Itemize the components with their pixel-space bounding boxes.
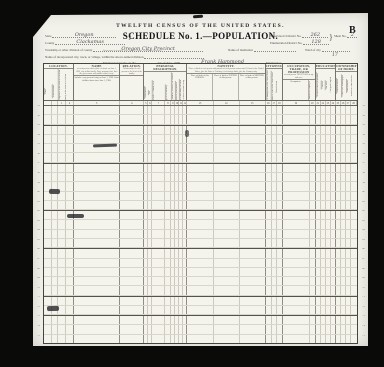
- table-cell: [58, 173, 66, 181]
- table-cell: [58, 335, 66, 343]
- table-body: Walker, Edna M.DaughterWFOct 188613SOreg…: [44, 106, 357, 343]
- table-cell: Hansen, Karen: [74, 135, 120, 143]
- table-cell: Norway: [240, 249, 266, 257]
- line-number: 52: [35, 115, 42, 125]
- column-subheaders: Color or raceSexDate of birth — Month, Y…: [144, 71, 186, 100]
- line-number: 64: [35, 229, 42, 239]
- table-cell: Oregon: [187, 115, 213, 123]
- column-subheaders: StreetHouse numberNumber of dwelling hou…: [44, 68, 73, 100]
- column-number: 1: [58, 101, 66, 105]
- line-number: 72: [35, 306, 42, 316]
- table-cell: Ohio: [214, 239, 240, 247]
- line-number: 53: [35, 124, 42, 134]
- table-cell: Sept 1872: [152, 325, 165, 333]
- census-title: TWELFTH CENSUS OF THE UNITED STATES.: [33, 23, 368, 29]
- table-cell: At school: [283, 201, 310, 209]
- table-cell: [44, 259, 52, 267]
- county-label: County: [45, 41, 54, 45]
- state-value: Oregon: [75, 32, 94, 38]
- table-cell: Aug 1870: [152, 297, 165, 305]
- enumeration-district-label: Enumeration District No.: [270, 41, 302, 45]
- sheet-line: Sheet No. 2: [334, 32, 357, 38]
- table-cell: [351, 325, 357, 333]
- table-cell: July 1875: [152, 306, 165, 314]
- table-cell: Miller, John W.: [74, 230, 120, 238]
- table-cell: [66, 268, 74, 276]
- table-cell: 209: [58, 164, 66, 172]
- table-cell: Denmark: [214, 144, 240, 152]
- township-label: Township or other division of county: [45, 48, 92, 52]
- column-number: 7: [152, 101, 165, 105]
- table-cell: [283, 306, 310, 314]
- township-note: [Insert name of township, town, precinct…: [103, 50, 162, 52]
- column-group: RELATION.Relationship of each person to …: [120, 64, 144, 100]
- table-row: Hansen, KarenWifeWFMay 186139M1765Denmar…: [44, 135, 357, 144]
- column-header: Place of birth of MOTHER of this person.: [239, 74, 265, 100]
- table-cell: Schmidt, Emma: [74, 192, 120, 200]
- table-cell: [66, 144, 74, 152]
- table-cell: Miller, Cora B.: [74, 239, 120, 247]
- table-cell: Norway: [214, 268, 240, 276]
- table-cell: [58, 306, 66, 314]
- table-cell: Germany: [214, 182, 240, 190]
- table-cell: Miller, Sarah J.: [74, 220, 120, 228]
- ink-smudge: [185, 130, 189, 137]
- column-number: 19: [283, 101, 310, 105]
- table-cell: Farm laborer: [283, 325, 310, 333]
- table-cell: At school: [283, 153, 310, 161]
- table-cell: Schmidt, Henry: [74, 164, 120, 172]
- table-cell: Walker, Edna M.: [74, 106, 120, 114]
- table-cell: [66, 106, 74, 114]
- table-cell: Oregon: [187, 106, 213, 114]
- table-cell: [283, 286, 310, 294]
- table-cell: May 1868: [152, 335, 165, 343]
- table-row: Walker, Roy E.SonWMJune 188910SOregonOhi…: [44, 115, 357, 124]
- supervisor-field: 262: [302, 32, 328, 38]
- table-cell: Wife: [120, 259, 144, 267]
- line-number: 75: [35, 335, 42, 345]
- table-cell: June 1866: [152, 259, 165, 267]
- line-number: 70: [360, 287, 367, 297]
- table-cell: Daughter: [120, 106, 144, 114]
- table-cell: Son: [120, 144, 144, 152]
- enumeration-district-value: 128: [311, 39, 321, 45]
- table-row: Schmidt, OttoSonWMJuly 188118SWisconsinG…: [44, 182, 357, 191]
- table-cell: Oct 1862: [152, 249, 165, 257]
- table-cell: [351, 153, 357, 161]
- scan-background: { "scan": { "background": "#0a0a09", "pa…: [0, 0, 384, 367]
- table-cell: Illinois: [187, 297, 213, 305]
- table-cell: Olsen, Hans: [74, 286, 120, 294]
- table-cell: Germany: [214, 173, 240, 181]
- column-group: EDUCATION.Attended school (in months)Can…: [316, 64, 336, 100]
- line-number: 52: [360, 115, 367, 125]
- table-row: Olsen, IngridWifeWFJune 186633M1244Norwa…: [44, 259, 357, 268]
- table-cell: [44, 239, 52, 247]
- column-header: Street: [44, 88, 52, 95]
- table-row: Schmidt, CarlSonWMAug 188811SOregonGerma…: [44, 201, 357, 210]
- table-cell: [351, 115, 357, 123]
- table-cell: Head: [120, 297, 144, 305]
- table-cell: [44, 316, 52, 324]
- table-row: Schmidt, EmmaDaughterWFNov 188415SWiscon…: [44, 192, 357, 201]
- table-cell: Germany: [187, 164, 213, 172]
- table-cell: [44, 153, 52, 161]
- line-number: 65: [35, 239, 42, 249]
- table-cell: Ohio: [187, 211, 213, 219]
- table-cell: [351, 306, 357, 314]
- table-cell: [44, 277, 52, 285]
- table-cell: [66, 277, 74, 285]
- table-cell: Daughter: [120, 153, 144, 161]
- table-cell: [66, 239, 74, 247]
- printers-ornament: [193, 15, 203, 19]
- column-group: PERSONAL DESCRIPTION.Color or raceSexDat…: [144, 64, 187, 100]
- table-cell: Ohio: [214, 115, 240, 123]
- left-brace: }: [128, 32, 132, 41]
- table-cell: Dec 1849: [152, 164, 165, 172]
- table-cell: Norway: [214, 259, 240, 267]
- table-cell: Norway: [240, 277, 266, 285]
- table-cell: Oregon: [187, 239, 213, 247]
- table-cell: Oregon: [187, 230, 213, 238]
- table-cell: Olsen, Olaf: [74, 268, 120, 276]
- line-number: 73: [35, 315, 42, 325]
- table-cell: Missouri: [240, 230, 266, 238]
- table-cell: Farm laborer: [283, 335, 310, 343]
- table-cell: [66, 192, 74, 200]
- table-row: Olsen, HansSonWMMar 18946SOregonNorwayNo…: [44, 286, 357, 295]
- table-cell: [58, 259, 66, 267]
- table-cell: [283, 173, 310, 181]
- table-cell: Iowa: [240, 115, 266, 123]
- table-cell: Jan 1887: [152, 153, 165, 161]
- institution-field: [254, 46, 296, 52]
- table-row: 213216Davis, William H.HeadWMNov 183663W…: [44, 315, 357, 325]
- table-cell: [66, 286, 74, 294]
- line-number: 59: [360, 182, 367, 192]
- supervisor-value: 262: [311, 32, 321, 38]
- table-cell: [58, 201, 66, 209]
- table-cell: [44, 286, 52, 294]
- table-cell: Wife: [120, 220, 144, 228]
- line-number: 58: [360, 172, 367, 182]
- table-cell: Son: [120, 230, 144, 238]
- table-cell: 210: [58, 211, 66, 219]
- table-cell: 216: [66, 316, 74, 324]
- table-cell: [66, 115, 74, 123]
- table-cell: [58, 230, 66, 238]
- line-number: 74: [35, 325, 42, 335]
- table-cell: Pennsylvania: [214, 211, 240, 219]
- table-cell: June 1889: [152, 115, 165, 123]
- column-header: Occupation: [283, 80, 309, 100]
- line-number: 54: [35, 134, 42, 144]
- table-cell: [44, 106, 52, 114]
- table-cell: 127: [351, 126, 357, 134]
- table-cell: Wisconsin: [187, 182, 213, 190]
- table-cell: Farmer: [283, 316, 310, 324]
- line-number: 51: [35, 105, 42, 115]
- table-cell: Wife: [120, 135, 144, 143]
- table-cell: [283, 135, 310, 143]
- line-number: 54: [360, 134, 367, 144]
- table-cell: [58, 277, 66, 285]
- table-cell: Ohio: [214, 230, 240, 238]
- table-cell: [44, 211, 52, 219]
- column-group-title: OCCUPATION, TRADE, OR PROFESSION: [283, 64, 315, 74]
- table-cell: [44, 297, 52, 305]
- table-cell: 208: [58, 126, 66, 134]
- table-cell: Germany: [240, 192, 266, 200]
- line-number: 72: [360, 306, 367, 316]
- line-number: 65: [360, 239, 367, 249]
- column-number: 3: [74, 101, 120, 105]
- table-cell: Boarder: [120, 335, 144, 343]
- table-cell: Denmark: [214, 153, 240, 161]
- table-cell: Farmer: [283, 126, 310, 134]
- line-number: 71: [35, 296, 42, 306]
- table-cell: [351, 192, 357, 200]
- table-cell: Daughter: [120, 239, 144, 247]
- table-cell: [351, 259, 357, 267]
- table-cell: [351, 249, 357, 257]
- column-header: Date of birth — Month, Year: [152, 80, 165, 100]
- table-row: Brown, NellieWifeWFJuly 187524M522Oregon…: [44, 306, 357, 315]
- table-cell: [351, 144, 357, 152]
- line-number: 60: [360, 191, 367, 201]
- table-cell: [351, 297, 357, 305]
- table-cell: Denmark: [240, 153, 266, 161]
- table-cell: Virginia: [214, 316, 240, 324]
- column-number: 14: [214, 101, 240, 105]
- table-cell: [44, 335, 52, 343]
- table-cell: [351, 286, 357, 294]
- table-cell: Germany: [240, 182, 266, 190]
- table-cell: [351, 277, 357, 285]
- table-row: Miller, Cora B.DaughterWFFeb 188218SOreg…: [44, 239, 357, 248]
- column-header: Number of these children living: [183, 79, 187, 100]
- table-cell: [66, 135, 74, 143]
- table-cell: At school: [283, 115, 310, 123]
- table-cell: [44, 220, 52, 228]
- line-number: 75: [360, 335, 367, 345]
- column-header: Naturalization: [276, 80, 282, 94]
- sheet-field: 2: [347, 32, 357, 38]
- column-header: [120, 76, 143, 100]
- table-cell: 129: [351, 211, 357, 219]
- table-cell: [58, 325, 66, 333]
- table-cell: Head: [120, 249, 144, 257]
- table-cell: [58, 239, 66, 247]
- table-cell: Denmark: [214, 135, 240, 143]
- line-number: 55: [360, 143, 367, 153]
- line-number: 61: [360, 201, 367, 211]
- table-cell: 213: [58, 316, 66, 324]
- table-cell: Denmark: [240, 126, 266, 134]
- table-cell: Germany: [214, 201, 240, 209]
- table-cell: Oregon: [187, 277, 213, 285]
- table-cell: 212: [66, 164, 74, 172]
- table-cell: Daughter: [120, 277, 144, 285]
- table-row: 210213Miller, James A.HeadWMJan 184555M3…: [44, 210, 357, 220]
- table-row: Olsen, MarieDaughterWFDec 18918SOregonNo…: [44, 277, 357, 286]
- column-number: 2: [66, 101, 74, 105]
- table-cell: [351, 201, 357, 209]
- line-number: 69: [35, 277, 42, 287]
- table-cell: [44, 173, 52, 181]
- line-number: 70: [35, 287, 42, 297]
- table-row: Hansen, Anna M.DaughterWFJan 188713SOreg…: [44, 153, 357, 162]
- enumeration-district-line: Enumeration District No. 128: [270, 39, 329, 45]
- table-cell: Virginia: [240, 316, 266, 324]
- table-row: 208211Hansen, PeterHeadWMFeb 185842M17De…: [44, 125, 357, 135]
- line-number: 55: [35, 143, 42, 153]
- table-cell: Denmark: [187, 126, 213, 134]
- column-header: Can speak English: [330, 76, 335, 93]
- state-field: Oregon: [52, 32, 116, 38]
- ink-smudge: [49, 189, 60, 194]
- table-cell: [58, 144, 66, 152]
- table-cell: Head: [120, 316, 144, 324]
- table-cell: At school: [283, 268, 310, 276]
- table-cell: [283, 259, 310, 267]
- line-number: 67: [35, 258, 42, 268]
- table-cell: Farm laborer: [283, 144, 310, 152]
- table-cell: [351, 335, 357, 343]
- column-number: 4: [120, 101, 144, 105]
- table-cell: Son: [120, 286, 144, 294]
- table-cell: Ohio: [240, 211, 266, 219]
- line-number: 60: [35, 191, 42, 201]
- table-cell: Olsen, Ingrid: [74, 259, 120, 267]
- table-cell: Kentucky: [214, 325, 240, 333]
- line-number: 68: [360, 268, 367, 278]
- column-group: NAMEof each person whose place of abode …: [74, 64, 120, 100]
- column-group: LOCATION.StreetHouse numberNumber of dwe…: [44, 64, 74, 100]
- table-cell: Olsen, Marie: [74, 277, 120, 285]
- table-cell: [66, 182, 74, 190]
- table-cell: 214: [66, 249, 74, 257]
- table-cell: Dec 1891: [152, 277, 165, 285]
- institution-line: Name of institution: [228, 46, 296, 52]
- column-group: OWNERSHIP OF HOME.Owned or rentedOwned f…: [336, 64, 357, 100]
- table-cell: Minnesota: [187, 268, 213, 276]
- line-number: 69: [360, 277, 367, 287]
- column-header: Months not employed: [309, 80, 315, 100]
- table-cell: [351, 220, 357, 228]
- table-cell: Oregon: [187, 325, 213, 333]
- table-cell: Farm laborer: [283, 182, 310, 190]
- table-cell: Ohio: [214, 106, 240, 114]
- table-cell: Brown, Nellie: [74, 306, 120, 314]
- table-header: LOCATION.StreetHouse numberNumber of dwe…: [44, 64, 357, 101]
- table-cell: Kentucky: [187, 316, 213, 324]
- table-cell: [44, 230, 52, 238]
- table-cell: Wisconsin: [187, 192, 213, 200]
- table-cell: [351, 268, 357, 276]
- table-cell: Farmer: [283, 211, 310, 219]
- line-number: 62: [360, 210, 367, 220]
- table-row: Walker, Edna M.DaughterWFOct 188613SOreg…: [44, 106, 357, 115]
- table-cell: Daughter: [120, 192, 144, 200]
- column-header: Age at last birthday: [165, 84, 171, 100]
- line-number: 68: [35, 268, 42, 278]
- table-cell: [66, 325, 74, 333]
- line-number: 66: [360, 248, 367, 258]
- line-number: 64: [360, 229, 367, 239]
- table-cell: July 1881: [152, 182, 165, 190]
- column-group: NATIVITY.Place of birth of each person a…: [187, 64, 265, 100]
- table-cell: [351, 106, 357, 114]
- table-cell: Indiana: [240, 297, 266, 305]
- table-cell: Germany: [214, 192, 240, 200]
- column-group: CITIZENSHIP.Year of immigration to the U…: [266, 64, 283, 100]
- table-cell: [44, 115, 52, 123]
- left-line-numbers: 5152535455565758596061626364656667686970…: [35, 105, 42, 344]
- line-number: 63: [360, 220, 367, 230]
- table-cell: 211: [66, 126, 74, 134]
- line-number: 71: [360, 296, 367, 306]
- column-number: 13: [187, 101, 213, 105]
- institution-label: Name of institution: [228, 48, 253, 52]
- column-number: 28: [351, 101, 357, 105]
- table-cell: 128: [351, 164, 357, 172]
- table-cell: 215: [66, 297, 74, 305]
- table-cell: Mar 1894: [152, 286, 165, 294]
- table-cell: Day laborer: [283, 249, 310, 257]
- table-cell: Denmark: [240, 135, 266, 143]
- table-cell: [44, 164, 52, 172]
- table-row: 212215Brown, CharlesHeadWMAug 187029M5Il…: [44, 296, 357, 306]
- table-cell: Jan 1845: [152, 211, 165, 219]
- line-number: 57: [360, 162, 367, 172]
- state-line: State Oregon: [45, 32, 116, 38]
- table-row: Miller, Sarah J.WifeWFSept 185049M3097Mi…: [44, 220, 357, 229]
- table-cell: [58, 268, 66, 276]
- table-cell: Davis, William H.: [74, 316, 120, 324]
- column-subheaders: Owned or rentedOwned free or mortgagedFa…: [336, 71, 357, 100]
- table-cell: Wales: [187, 335, 213, 343]
- column-header: Place of birth of FATHER of this person.: [213, 74, 239, 100]
- line-number: 56: [35, 153, 42, 163]
- table-cell: [66, 173, 74, 181]
- table-cell: Kentucky: [214, 220, 240, 228]
- table-cell: Wife: [120, 306, 144, 314]
- supervisor-label: Supervisor's District No.: [270, 34, 301, 38]
- table-cell: [66, 201, 74, 209]
- table-cell: Oregon: [187, 144, 213, 152]
- table-cell: Sept 1850: [152, 220, 165, 228]
- table-cell: Head: [120, 126, 144, 134]
- table-cell: Nov 1884: [152, 192, 165, 200]
- table-cell: Norway: [214, 277, 240, 285]
- table-cell: [351, 173, 357, 181]
- enumeration-district-field: 128: [303, 39, 329, 45]
- line-number: 67: [360, 258, 367, 268]
- table-cell: [44, 268, 52, 276]
- line-number: 74: [360, 325, 367, 335]
- sheet-label: Sheet No.: [334, 34, 347, 38]
- table-cell: [66, 153, 74, 161]
- table-cell: Oregon: [187, 201, 213, 209]
- table-cell: Farmer: [283, 164, 310, 172]
- table-cell: Wife: [120, 173, 144, 181]
- table-cell: Oregon: [240, 306, 266, 314]
- column-group-note: of each person whose place of abode on J…: [74, 68, 119, 75]
- line-number: 62: [35, 210, 42, 220]
